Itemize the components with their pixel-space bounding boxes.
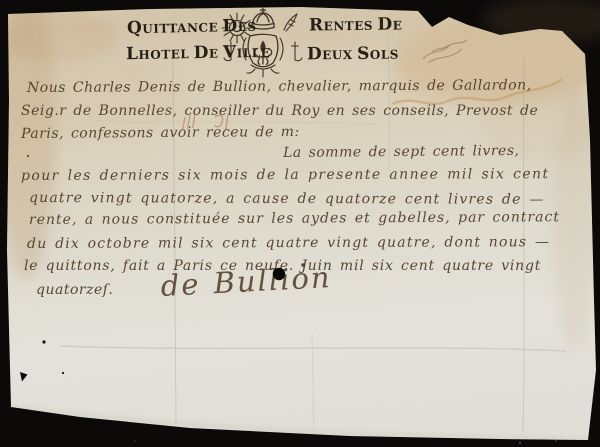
manuscript-line-7: rente, a nous constituée sur les aydes e… xyxy=(29,210,560,227)
manuscript-line-4: La somme de sept cent livres, xyxy=(283,144,520,160)
manuscript-line-10: quatorzeſ. xyxy=(36,283,113,297)
photo-stage: Quittance Des Rentes De Lhotel De Ville … xyxy=(0,0,600,447)
manuscript-line-2: Seig.r de Bonnelles, conseiller du Roy e… xyxy=(21,104,538,118)
document-text: Quittance Des Rentes De Lhotel De Ville … xyxy=(0,0,600,447)
header-lhotel-de-ville: Lhotel De Ville xyxy=(126,42,271,65)
header-rentes-de: Rentes De xyxy=(309,15,403,36)
manuscript-line-1: Nous Charles Denis de Bullion, chevalier… xyxy=(27,78,532,95)
manuscript-line-3: Paris, confessons avoir receu de m: xyxy=(21,125,300,141)
header-quittance-des: Quittance Des xyxy=(127,16,257,39)
manuscript-line-8: du dix octobre mil six cent quatre vingt… xyxy=(27,235,550,251)
manuscript-line-5: pour les derniers six mois de la present… xyxy=(21,167,549,183)
signature-de-bullion: de Bullion xyxy=(160,263,332,301)
header-deux-sols: Deux Sols xyxy=(307,44,399,65)
manuscript-line-6: quatre vingt quatorze, a cause de quator… xyxy=(29,191,544,207)
